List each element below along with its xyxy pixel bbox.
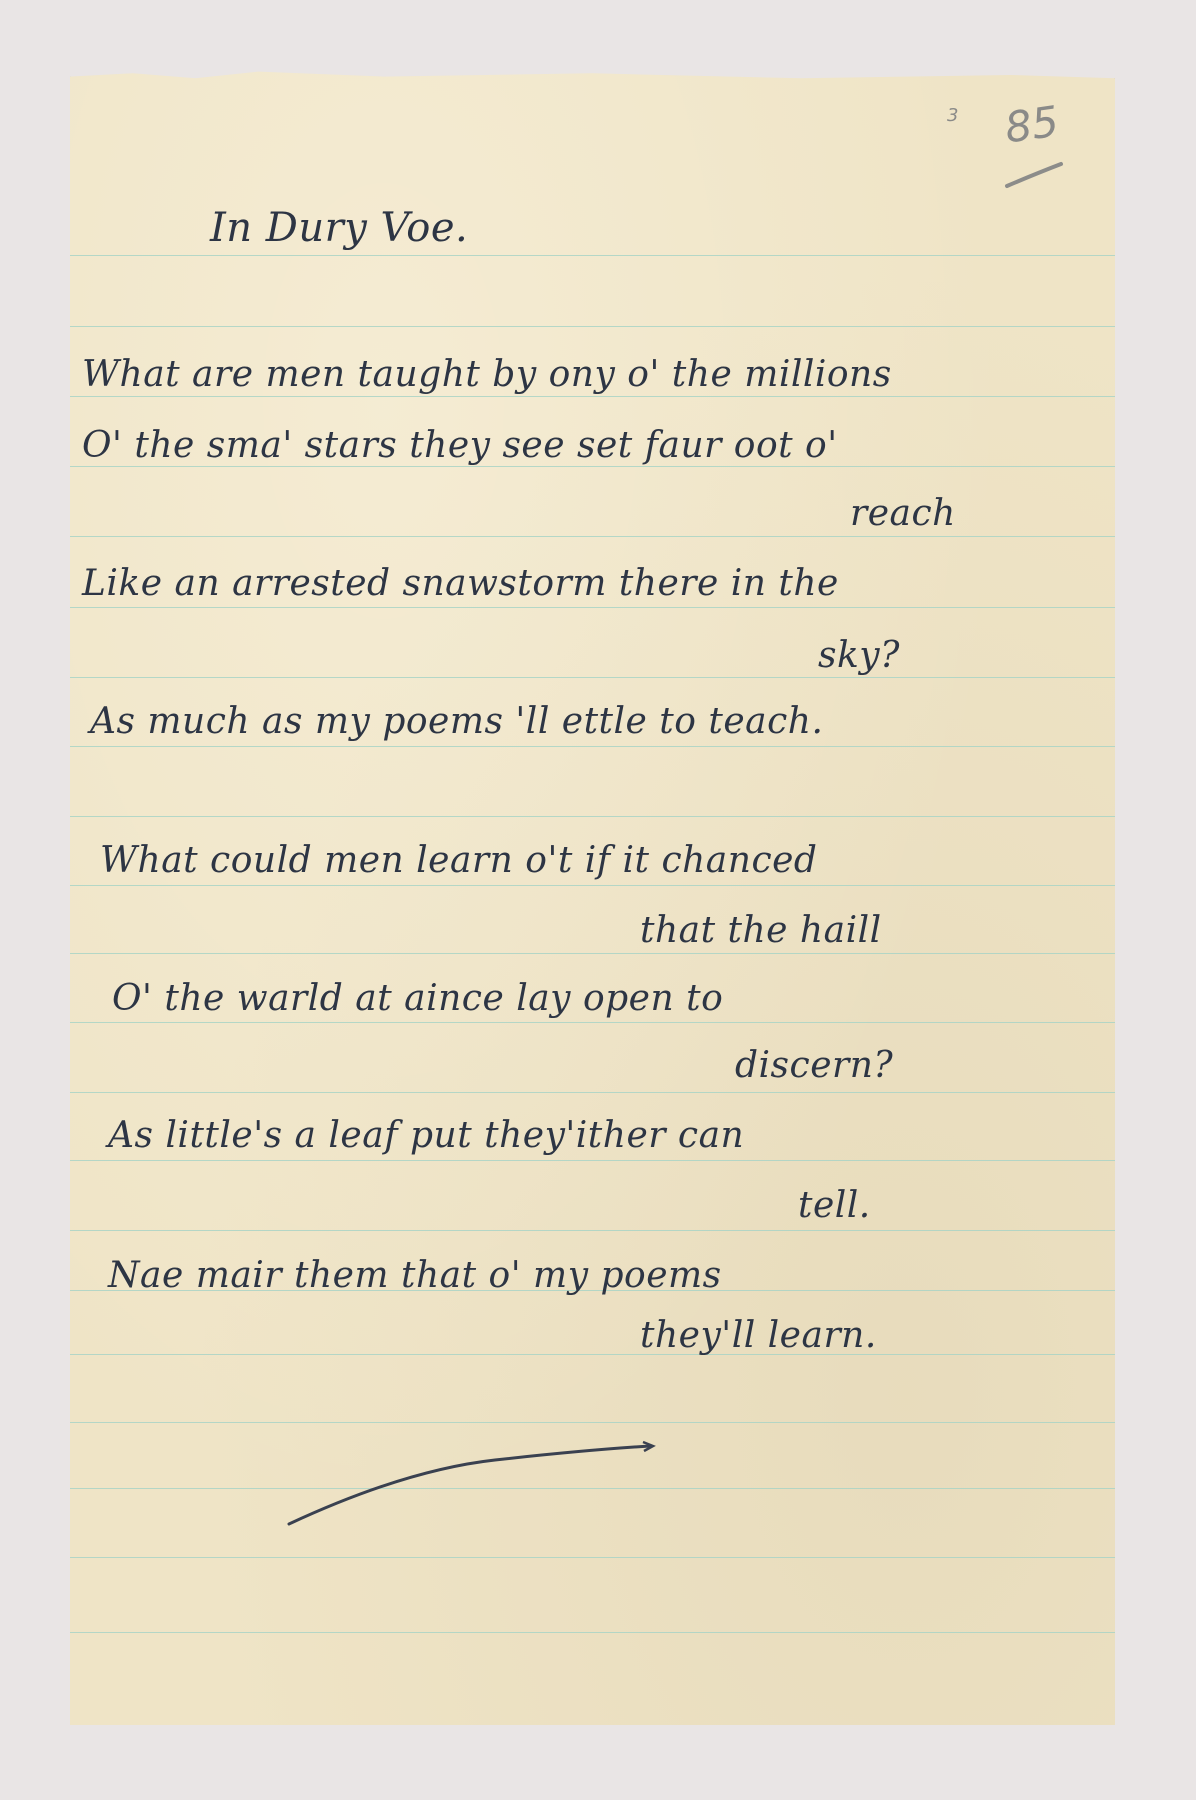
poem-line: As much as my poems 'll ettle to teach. [90, 701, 823, 742]
poem-line: they'll learn. [640, 1315, 877, 1356]
ruled-line [70, 396, 1115, 397]
poem-line: O' the warld at aince lay open to [112, 978, 723, 1019]
poem-line: Like an arrested snawstorm there in the [82, 563, 839, 604]
ruled-line [70, 536, 1115, 537]
ruled-line [70, 1092, 1115, 1093]
poem-line: As little's a leaf put they'ither can [108, 1115, 744, 1156]
poem-line: Nae mair them that o' my poems [108, 1255, 722, 1296]
poem-title: In Dury Voe. [210, 205, 468, 251]
poem-line: What are men taught by ony o' the millio… [82, 354, 892, 395]
pencil-underline-mark [1005, 160, 1065, 190]
ruled-line [70, 1354, 1115, 1355]
poem-line: that the haill [640, 910, 882, 951]
ruled-line [70, 255, 1115, 256]
poem-line: tell. [798, 1185, 871, 1226]
folio-number-pencil: 85 [1002, 97, 1062, 153]
ruled-line [70, 1632, 1115, 1633]
poem-line: reach [850, 493, 956, 534]
ruled-line [70, 816, 1115, 817]
ruled-line [70, 1422, 1115, 1423]
folio-number-small: 3 [947, 105, 958, 126]
poem-line: What could men learn o't if it chanced [100, 840, 817, 881]
ruled-line [70, 885, 1115, 886]
poem-line: O' the sma' stars they see set faur oot … [82, 425, 838, 466]
ruled-line [70, 1022, 1115, 1023]
end-flourish-stroke [285, 1440, 665, 1530]
ruled-line [70, 746, 1115, 747]
ruled-line [70, 326, 1115, 327]
manuscript-page: 3 85 In Dury Voe. What are men taught by… [70, 70, 1115, 1725]
ruled-line [70, 1230, 1115, 1231]
ruled-line [70, 1557, 1115, 1558]
poem-line: sky? [818, 635, 900, 676]
ruled-line [70, 1160, 1115, 1161]
ruled-line [70, 607, 1115, 608]
poem-line: discern? [735, 1045, 893, 1086]
ruled-line [70, 466, 1115, 467]
ruled-line [70, 677, 1115, 678]
ruled-line [70, 953, 1115, 954]
